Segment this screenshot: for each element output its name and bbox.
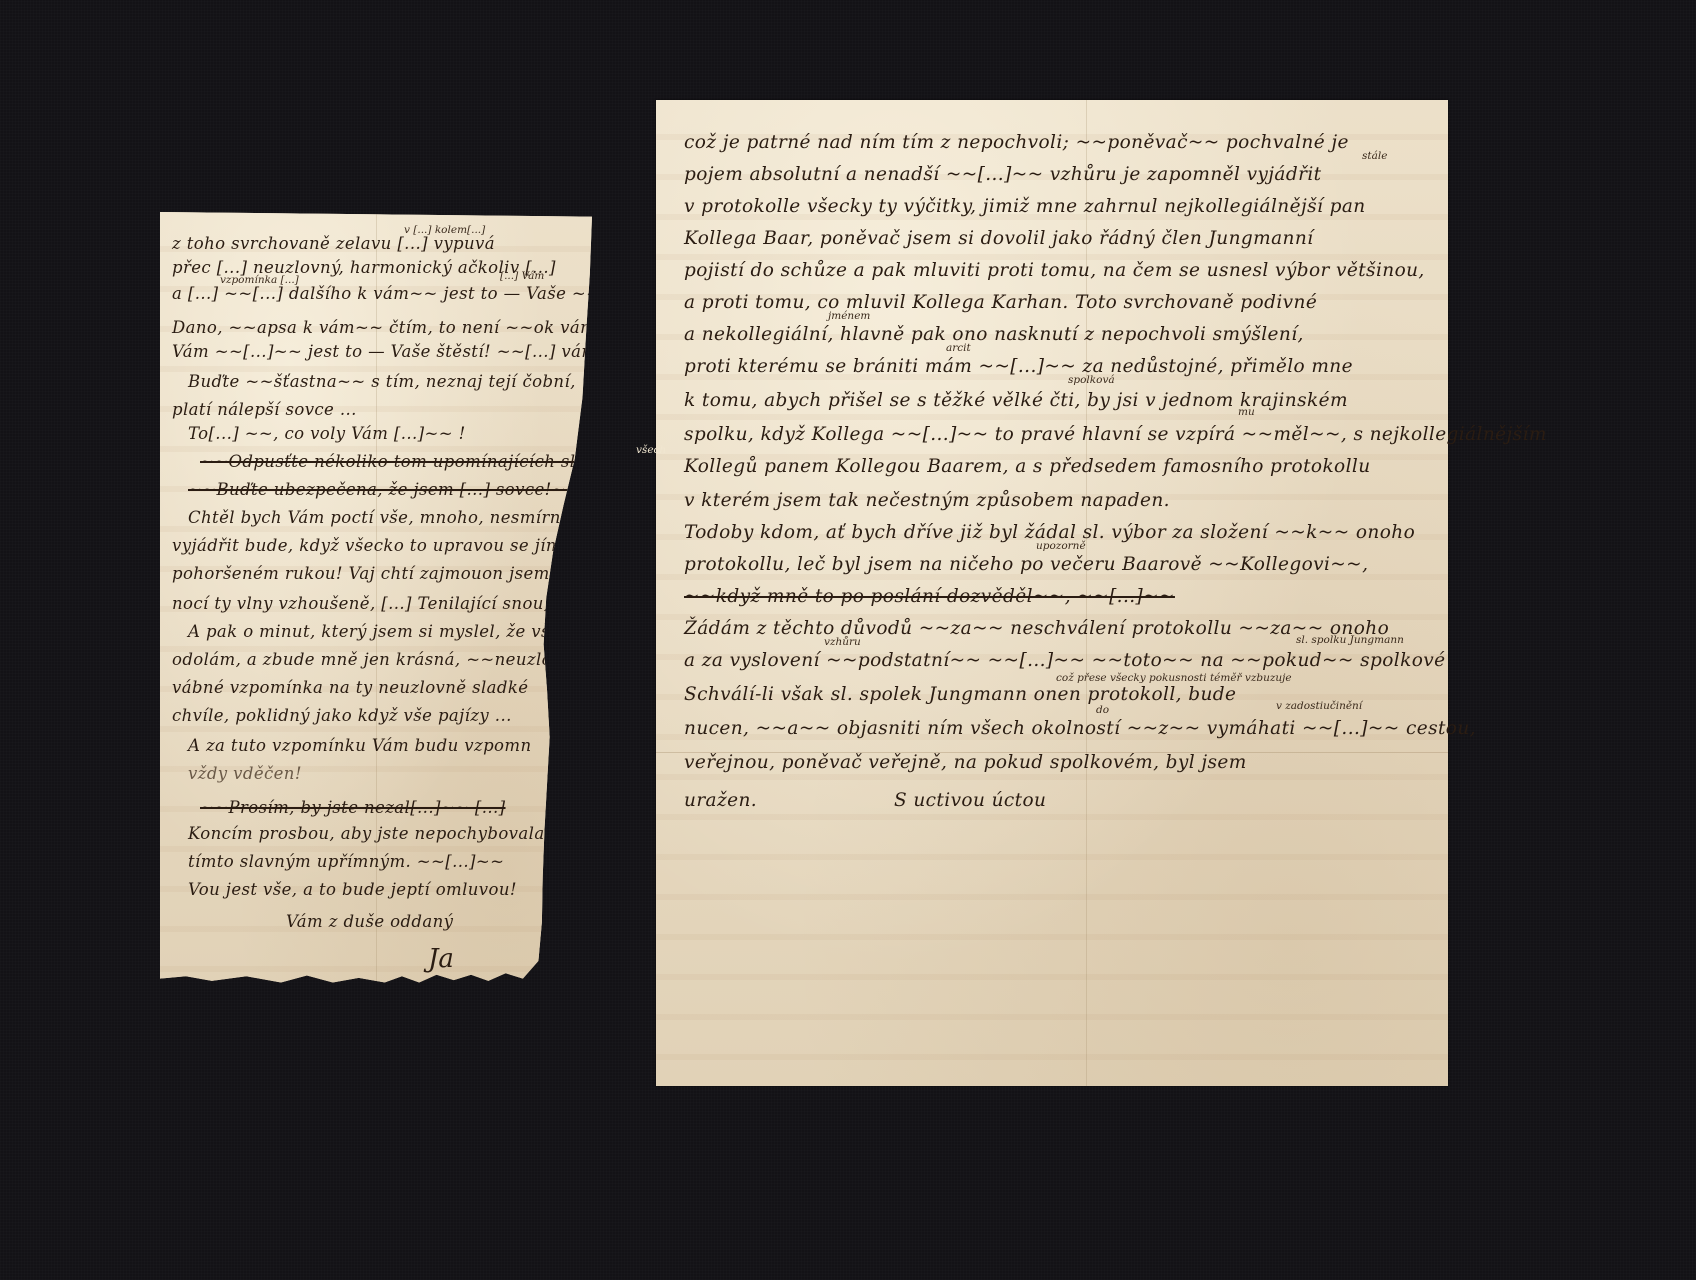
handwritten-line: a za vyslovení ~~podstatní~~ ~~[...]~~ ~… [684,650,1445,671]
handwritten-line: v kterém jsem tak nečestným způsobem nap… [684,490,1170,511]
handwritten-line: uražen. [684,790,757,811]
handwritten-line: veřejnou, poněvač veřejně, na pokud spol… [684,752,1247,773]
handwritten-line: vyjádřit bude, když všecko to upravou se… [172,536,572,555]
handwritten-line: pojistí do schůze a pak mluviti proti to… [684,260,1425,281]
insertion-note: v zadostiučinění [1276,700,1362,712]
closing-salutation: S uctivou úctou [894,790,1046,811]
handwritten-line: Vou jest vše, a to bude jeptí omluvou! [188,880,517,899]
handwritten-line: vábné vzpomínka na ty neuzlovně sladké [172,678,528,697]
insertion-note: vzhůru [824,636,861,648]
handwritten-line: A pak o minut, který jsem si myslel, že … [188,622,587,641]
handwritten-line: Schválí-li však sl. spolek Jungmann onen… [684,684,1236,705]
handwritten-line: Vám ~~[...]~~ jest to — Vaše štěstí! ~~[… [172,342,626,361]
handwritten-line: platí nálepší sovce ... [172,400,357,419]
insertion-note: stále [1362,150,1387,162]
insertion-note: což přese všecky pokusnosti téměř vzbuzu… [1056,672,1292,684]
handwritten-line: Buďte ~~šťastna~~ s tím, neznaj tejí čob… [188,372,576,391]
insertion-note: do [1096,704,1109,716]
handwritten-line: pojem absolutní a nenadší ~~[...]~~ vzhů… [684,164,1321,185]
handwritten-line: vždy vděčen! [188,764,302,783]
manuscript-sheet-left: v [...] kolem[...] z toho svrchovaně zel… [160,212,592,984]
handwritten-line: což je patrné nad ním tím z nepochvoli; … [684,132,1349,153]
handwritten-line: Kollega Baar, poněvač jsem si dovolil ja… [684,228,1313,249]
handwritten-line: chvíle, poklidný jako když vše pajízy ..… [172,706,512,725]
handwritten-line: A za tuto vzpomínku Vám budu vzpomn [188,736,531,755]
insertion-note: [...] Vám [500,270,544,282]
struck-line: ~~Prosím, by jste nezal[...]~~ [...] [200,798,506,817]
insertion-note: sl. spolku Jungmann [1296,634,1404,646]
signature: Ja [428,944,454,974]
struck-line: ~~Odpusťte nékoliko tom upomínajících sl… [200,452,693,471]
handwritten-line: To[...] ~~, co voly Vám [...]~~ ! [188,424,466,443]
insertion-note: mu [1238,406,1255,418]
handwritten-line: Koncím prosbou, aby jste nepochybovala [188,824,545,843]
manuscript-sheet-right: což je patrné nad ním tím z nepochvoli; … [656,100,1448,1086]
handwritten-line: z toho svrchovaně zelavu [...] vypuvá [172,234,495,253]
handwritten-line: nocí ty vlny vzhoušeně, [...] Tenilající… [172,594,549,613]
handwritten-line: Dano, ~~apsa k vám~~ čtím, to není ~~ok … [172,318,625,337]
handwritten-line: tímto slavným upřímným. ~~[...]~~ [188,852,504,871]
handwritten-line: odolám, a zbude mně jen krásná, ~~neuzlo… [172,650,611,669]
insertion-note: spolková [1068,374,1115,386]
insertion-note: arcit [946,342,971,354]
insertion-note: jménem [828,310,870,322]
margin-note: všech [636,444,666,456]
handwritten-line: a [...] ~~[...] dalšího k vám~~ jest to … [172,284,699,303]
struck-line: ~~když mně to po poslání dozvěděl~~, ~~[… [684,586,1175,607]
handwritten-line: protokollu, leč byl jsem na ničeho po ve… [684,554,1368,575]
handwritten-line: a nekollegiální, hlavně pak ono nasknutí… [684,324,1304,345]
handwritten-line: nucen, ~~a~~ objasniti ním všech okolnos… [684,718,1476,739]
handwritten-line: a proti tomu, co mluvil Kollega Karhan. … [684,292,1317,313]
insertion-note: upozorně [1036,540,1086,552]
closing-salutation: Vám z duše oddaný [286,912,453,931]
handwritten-line: pohoršeném rukou! Vaj chtí zajmouon jsem [172,564,550,583]
handwritten-line: v protokolle všecky ty výčitky, jimiž mn… [684,196,1366,217]
struck-line: ~~Buďte ubezpečena, že jsem [...] sovce!… [188,480,580,499]
handwritten-line: Žádám z těchto důvodů ~~za~~ neschválení… [684,618,1389,639]
handwritten-line: Chtěl bych Vám poctí vše, mnoho, nesmírn… [188,508,571,527]
handwritten-line: spolku, když Kollega ~~[...]~~ to pravé … [684,424,1547,445]
handwritten-line: proti kterému se brániti mám ~~[...]~~ z… [684,356,1353,377]
handwritten-line: Kollegů panem Kollegou Baarem, a s předs… [684,456,1371,477]
